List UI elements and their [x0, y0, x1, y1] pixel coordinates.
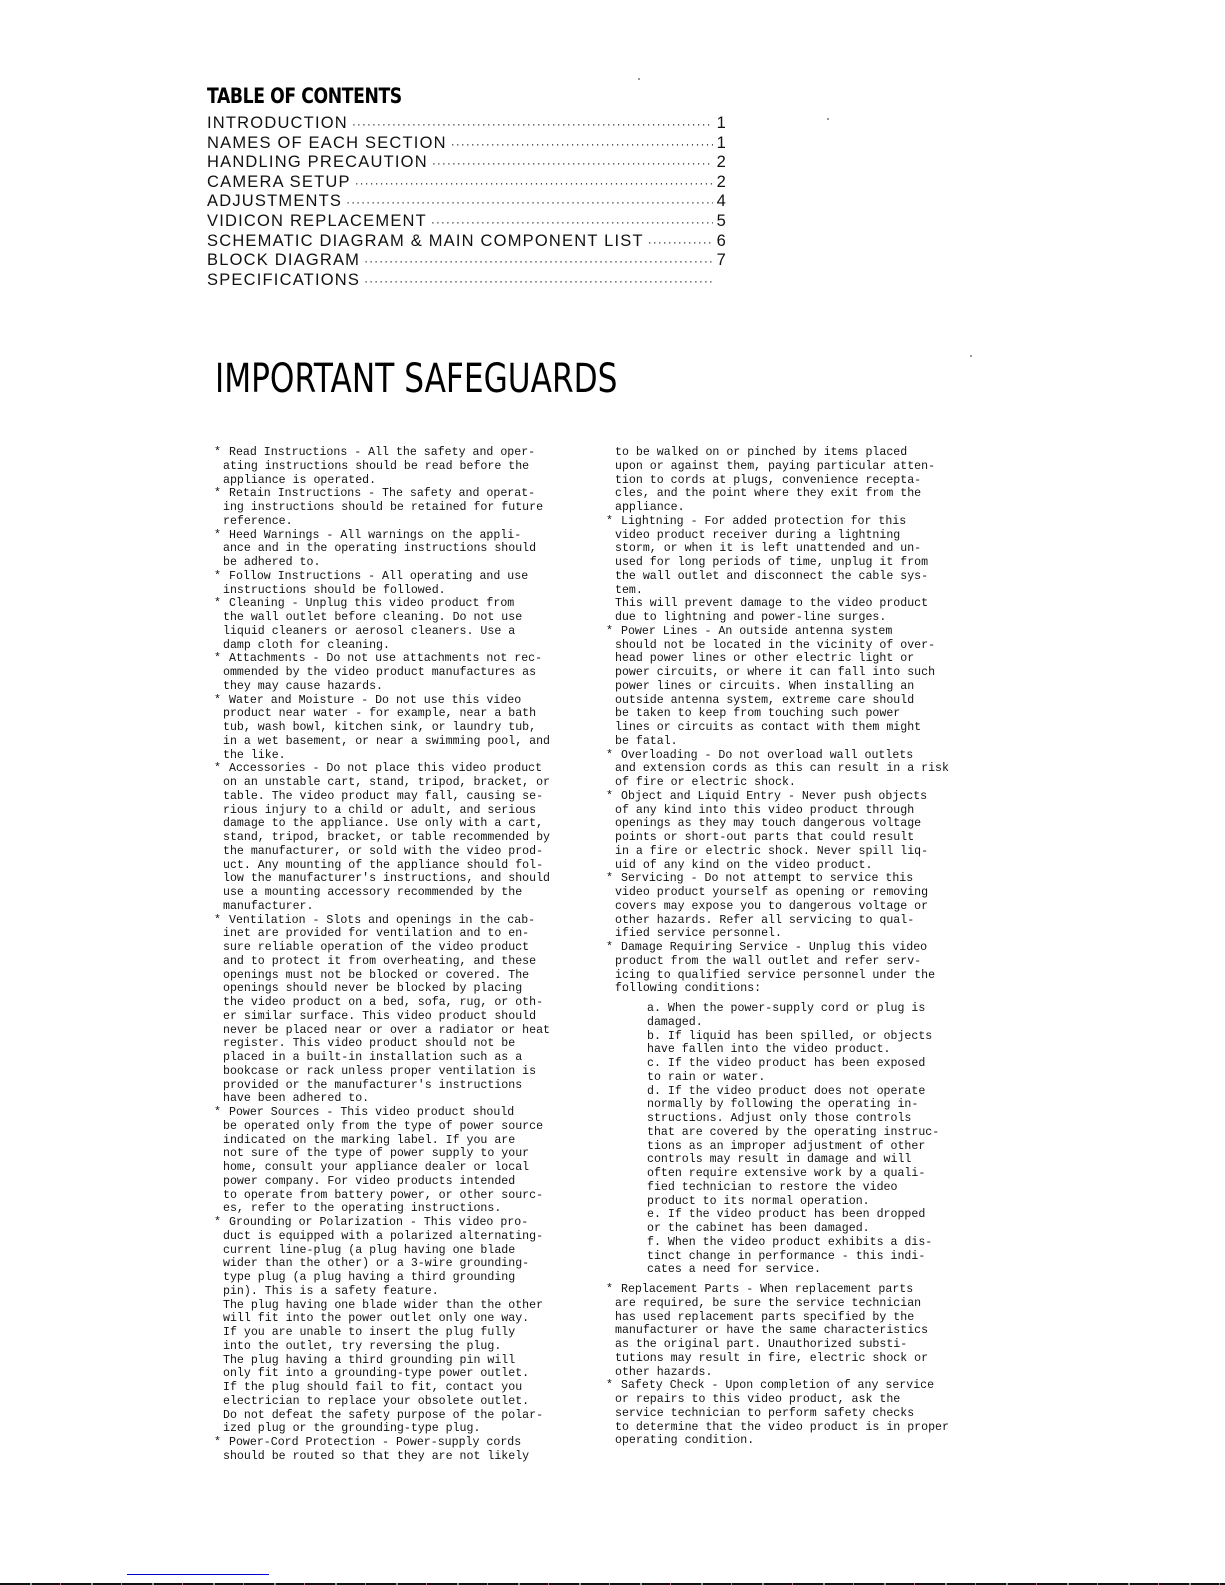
text-line: cles, and the point where they exit from…	[606, 487, 951, 501]
text-line: to determine that the video product is i…	[606, 1421, 951, 1435]
text-line: other hazards. Refer all servicing to qu…	[606, 914, 951, 928]
text-line: sure reliable operation of the video pro…	[214, 941, 554, 955]
text-line: the wall outlet before cleaning. Do not …	[214, 611, 554, 625]
text-line: should be routed so that they are not li…	[214, 1450, 554, 1464]
text-line: tub, wash bowl, kitchen sink, or laundry…	[214, 721, 554, 735]
text-line: uid of any kind on the video product.	[606, 859, 951, 873]
scan-speck	[827, 118, 829, 120]
toc-entry: INTRODUCTION1	[207, 114, 727, 134]
text-line: tinct change in performance - this indi-	[647, 1250, 951, 1264]
toc-entry: SCHEMATIC DIAGRAM & MAIN COMPONENT LIST6	[207, 232, 727, 252]
text-line: This will prevent damage to the video pr…	[606, 597, 951, 611]
safeguard-heading-line: Attachments - Do not use attachments not…	[229, 652, 542, 665]
toc-leader-dots	[432, 154, 713, 174]
text-line: *Damage Requiring Service - Unplug this …	[606, 941, 951, 955]
safeguard-heading-line: Retain Instructions - The safety and ope…	[229, 487, 535, 500]
text-line: video product receiver during a lightnin…	[606, 529, 951, 543]
text-line: ified service personnel.	[606, 927, 951, 941]
text-line: *Servicing - Do not attempt to service t…	[606, 872, 951, 886]
text-line: er similar surface. This video product s…	[214, 1010, 554, 1024]
text-line: in a fire or electric shock. Never spill…	[606, 845, 951, 859]
text-line: openings as they may touch dangerous vol…	[606, 817, 951, 831]
bullet-asterisk-icon: *	[214, 1106, 229, 1120]
bullet-asterisk-icon: *	[214, 529, 229, 543]
toc-entry-page: 5	[713, 212, 727, 232]
safeguard-heading-line: Follow Instructions - All operating and …	[229, 570, 528, 583]
text-line: has used replacement parts specified by …	[606, 1311, 951, 1325]
safeguard-heading-line: Servicing - Do not attempt to service th…	[621, 872, 913, 885]
text-line: c. If the video product has been exposed	[647, 1057, 951, 1071]
text-line: instructions should be followed.	[214, 584, 554, 598]
text-line: indicated on the marking label. If you a…	[214, 1134, 554, 1148]
safeguard-item: *Accessories - Do not place this video p…	[214, 762, 554, 913]
safeguard-heading-line: Read Instructions - All the safety and o…	[229, 446, 535, 459]
bullet-asterisk-icon: *	[214, 1216, 229, 1230]
toc-entry: BLOCK DIAGRAM7	[207, 251, 727, 271]
safeguards-right-column: to be walked on or pinched by items plac…	[606, 446, 951, 1448]
toc-leader-dots	[431, 213, 713, 233]
text-line: manufacturer.	[214, 900, 554, 914]
toc-entry-page: 2	[713, 153, 727, 173]
safeguard-item: *Follow Instructions - All operating and…	[214, 570, 554, 598]
text-line: not sure of the type of power supply to …	[214, 1147, 554, 1161]
text-line: openings must not be blocked or covered.…	[214, 969, 554, 983]
text-line: head power lines or other electric light…	[606, 652, 951, 666]
bullet-asterisk-icon: *	[214, 446, 229, 460]
text-line: openings should never be blocked by plac…	[214, 982, 554, 996]
text-line: be fatal.	[606, 735, 951, 749]
text-line: of fire or electric shock.	[606, 776, 951, 790]
text-line: use a mounting accessory recommended by …	[214, 886, 554, 900]
toc-entry-label: NAMES OF EACH SECTION	[207, 134, 451, 154]
text-line: Do not defeat the safety purpose of the …	[214, 1409, 554, 1423]
text-line: lines or circuits as contact with them m…	[606, 721, 951, 735]
text-line: product to its normal operation.	[647, 1195, 951, 1209]
text-line: appliance.	[606, 501, 951, 515]
toc-leader-dots	[355, 174, 713, 194]
text-line: If you are unable to insert the plug ful…	[214, 1326, 554, 1340]
scan-speck	[970, 355, 972, 357]
safeguard-heading-line: Power-Cord Protection - Power-supply cor…	[229, 1436, 521, 1449]
safeguard-heading-line: Safety Check - Upon completion of any se…	[621, 1379, 934, 1392]
safeguard-heading-line: Replacement Parts - When replacement par…	[621, 1283, 913, 1296]
page-title: IMPORTANT SAFEGUARDS	[215, 356, 617, 402]
continued-text: to be walked on or pinched by items plac…	[606, 446, 951, 515]
document-page: TABLE OF CONTENTS INTRODUCTION1NAMES OF …	[0, 0, 1225, 1585]
text-line: table. The video product may fall, causi…	[214, 790, 554, 804]
safeguard-item: *Servicing - Do not attempt to service t…	[606, 872, 951, 941]
bullet-asterisk-icon: *	[214, 1436, 229, 1450]
text-line: that are covered by the operating instru…	[647, 1126, 951, 1140]
text-line: have fallen into the video product.	[647, 1043, 951, 1057]
text-line: damage to the appliance. Use only with a…	[214, 817, 554, 831]
safeguard-text: c. If the video product has been exposed…	[606, 1057, 951, 1085]
bullet-asterisk-icon: *	[214, 597, 229, 611]
text-line: d. If the video product does not operate	[647, 1085, 951, 1099]
safeguard-item: *Read Instructions - All the safety and …	[214, 446, 554, 487]
text-line: as the original part. Unauthorized subst…	[606, 1338, 951, 1352]
text-line: the like.	[214, 749, 554, 763]
safeguard-item: *Retain Instructions - The safety and op…	[214, 487, 554, 528]
text-line: appliance is operated.	[214, 474, 554, 488]
safeguard-heading-line: Grounding or Polarization - This video p…	[229, 1216, 528, 1229]
text-line: structions. Adjust only those controls	[647, 1112, 951, 1126]
text-line: other hazards.	[606, 1366, 951, 1380]
toc-leader-dots	[451, 135, 713, 155]
text-line: ommended by the video product manufactur…	[214, 666, 554, 680]
text-line: the manufacturer, or sold with the video…	[214, 845, 554, 859]
safeguard-item: *Object and Liquid Entry - Never push ob…	[606, 790, 951, 873]
safeguard-item: *Attachments - Do not use attachments no…	[214, 652, 554, 693]
bullet-asterisk-icon: *	[606, 515, 621, 529]
toc-title: TABLE OF CONTENTS	[207, 84, 633, 108]
text-line: should not be located in the vicinity of…	[606, 639, 951, 653]
table-of-contents: TABLE OF CONTENTS INTRODUCTION1NAMES OF …	[207, 84, 727, 290]
text-line: ance and in the operating instructions s…	[214, 542, 554, 556]
toc-entry-label: INTRODUCTION	[207, 114, 352, 134]
text-line: ing instructions should be retained for …	[214, 501, 554, 515]
safeguard-item: *Ventilation - Slots and openings in the…	[214, 914, 554, 1107]
toc-leader-dots	[346, 193, 713, 213]
text-line: placed in a built-in installation such a…	[214, 1051, 554, 1065]
safeguards-left-column: *Read Instructions - All the safety and …	[214, 446, 554, 1464]
text-line: storm, or when it is left unattended and…	[606, 542, 951, 556]
text-line: electrician to replace your obsolete out…	[214, 1395, 554, 1409]
text-line: have been adhered to.	[214, 1092, 554, 1106]
text-line: *Attachments - Do not use attachments no…	[214, 652, 554, 666]
scan-speck	[638, 78, 640, 80]
text-line: inet are provided for ventilation and to…	[214, 927, 554, 941]
text-line: only fit into a grounding-type power out…	[214, 1367, 554, 1381]
text-line: operating condition.	[606, 1434, 951, 1448]
toc-entry: HANDLING PRECAUTION2	[207, 153, 727, 173]
toc-entry-label: SPECIFICATIONS	[207, 271, 364, 291]
toc-entry-label: ADJUSTMENTS	[207, 192, 346, 212]
link-underline	[127, 1574, 269, 1575]
text-line: *Ventilation - Slots and openings in the…	[214, 914, 554, 928]
text-line: icing to qualified service personnel und…	[606, 969, 951, 983]
text-line: fied technician to restore the video	[647, 1181, 951, 1195]
text-line: duct is equipped with a polarized altern…	[214, 1230, 554, 1244]
toc-entry: ADJUSTMENTS4	[207, 192, 727, 212]
toc-entry: VIDICON REPLACEMENT5	[207, 212, 727, 232]
text-line: power company. For video products intend…	[214, 1175, 554, 1189]
text-line: to be walked on or pinched by items plac…	[606, 446, 951, 460]
text-line: used for long periods of time, unplug it…	[606, 556, 951, 570]
safeguard-item: *Heed Warnings - All warnings on the app…	[214, 529, 554, 570]
text-line: to operate from battery power, or other …	[214, 1189, 554, 1203]
safeguard-item: *Cleaning - Unplug this video product fr…	[214, 597, 554, 652]
text-line: pin). This is a safety feature.	[214, 1285, 554, 1299]
text-line: be taken to keep from touching such powe…	[606, 707, 951, 721]
text-line: outside antenna system, extreme care sho…	[606, 694, 951, 708]
safeguard-item: *Safety Check - Upon completion of any s…	[606, 1379, 951, 1448]
bullet-asterisk-icon: *	[606, 941, 621, 955]
text-line: damp cloth for cleaning.	[214, 639, 554, 653]
toc-entry-page: 1	[713, 134, 727, 154]
text-line: they may cause hazards.	[214, 680, 554, 694]
safeguard-heading-line: Object and Liquid Entry - Never push obj…	[621, 790, 927, 803]
text-line: or repairs to this video product, ask th…	[606, 1393, 951, 1407]
toc-leader-dots	[364, 272, 713, 292]
toc-entry: CAMERA SETUP2	[207, 173, 727, 193]
text-line: tions as an improper adjustment of other	[647, 1140, 951, 1154]
text-line: manufacturer or have the same characteri…	[606, 1324, 951, 1338]
safeguard-item: *Grounding or Polarization - This video …	[214, 1216, 554, 1436]
text-line: service technician to perform safety che…	[606, 1407, 951, 1421]
text-line: *Replacement Parts - When replacement pa…	[606, 1283, 951, 1297]
text-line: often require extensive work by a quali-	[647, 1167, 951, 1181]
safeguard-heading-line: Ventilation - Slots and openings in the …	[229, 914, 535, 927]
bullet-asterisk-icon: *	[606, 749, 621, 763]
safeguard-heading-line: Power Lines - An outside antenna system	[621, 625, 892, 638]
text-line: *Lightning - For added protection for th…	[606, 515, 951, 529]
text-line: liquid cleaners or aerosol cleaners. Use…	[214, 625, 554, 639]
safeguard-heading-line: Water and Moisture - Do not use this vid…	[229, 694, 521, 707]
text-line: cates a need for service.	[647, 1263, 951, 1277]
bullet-asterisk-icon: *	[214, 694, 229, 708]
toc-entry-page: 2	[713, 173, 727, 193]
text-line: on an unstable cart, stand, tripod, brac…	[214, 776, 554, 790]
text-line: a. When the power-supply cord or plug is	[647, 1002, 951, 1016]
text-line: due to lightning and power-line surges.	[606, 611, 951, 625]
safeguard-text: b. If liquid has been spilled, or object…	[606, 1030, 951, 1058]
text-line: into the outlet, try reversing the plug.	[214, 1340, 554, 1354]
text-line: tem.	[606, 584, 951, 598]
safeguard-text: a. When the power-supply cord or plug is…	[606, 1002, 951, 1030]
text-line: power circuits, or where it can fall int…	[606, 666, 951, 680]
text-line: b. If liquid has been spilled, or object…	[647, 1030, 951, 1044]
text-line: If the plug should fail to fit, contact …	[214, 1381, 554, 1395]
text-line: are required, be sure the service techni…	[606, 1297, 951, 1311]
text-line: *Read Instructions - All the safety and …	[214, 446, 554, 460]
text-line: reference.	[214, 515, 554, 529]
text-line: power lines or circuits. When installing…	[606, 680, 951, 694]
safeguard-heading-line: Damage Requiring Service - Unplug this v…	[621, 941, 927, 954]
text-line: es, refer to the operating instructions.	[214, 1202, 554, 1216]
text-line: in a wet basement, or near a swimming po…	[214, 735, 554, 749]
safeguard-item: *Replacement Parts - When replacement pa…	[606, 1283, 951, 1379]
text-line: tion to cords at plugs, convenience rece…	[606, 474, 951, 488]
text-line: The plug having one blade wider than the…	[214, 1299, 554, 1313]
toc-entry-label: CAMERA SETUP	[207, 173, 355, 193]
toc-entry-page: 1	[713, 114, 727, 134]
text-line: *Heed Warnings - All warnings on the app…	[214, 529, 554, 543]
safeguard-item: *Overloading - Do not overload wall outl…	[606, 749, 951, 790]
text-line: ized plug or the grounding-type plug.	[214, 1422, 554, 1436]
safeguard-item: *Power Sources - This video product shou…	[214, 1106, 554, 1216]
text-line: product near water - for example, near a…	[214, 707, 554, 721]
safeguard-item: *Water and Moisture - Do not use this vi…	[214, 694, 554, 763]
text-line: will fit into the power outlet only one …	[214, 1312, 554, 1326]
safeguard-heading-line: Lightning - For added protection for thi…	[621, 515, 906, 528]
text-line: damaged.	[647, 1016, 951, 1030]
toc-entry: NAMES OF EACH SECTION1	[207, 134, 727, 154]
text-line: and extension cords as this can result i…	[606, 762, 951, 776]
text-line: ating instructions should be read before…	[214, 460, 554, 474]
text-line: uct. Any mounting of the appliance shoul…	[214, 859, 554, 873]
safeguard-text: e. If the video product has been dropped…	[606, 1208, 951, 1236]
toc-entry-label: BLOCK DIAGRAM	[207, 251, 364, 271]
text-line: *Grounding or Polarization - This video …	[214, 1216, 554, 1230]
safeguard-heading-line: Heed Warnings - All warnings on the appl…	[229, 529, 521, 542]
toc-leader-dots	[352, 115, 713, 135]
toc-leader-dots	[364, 252, 713, 272]
text-line: *Cleaning - Unplug this video product fr…	[214, 597, 554, 611]
text-line: *Object and Liquid Entry - Never push ob…	[606, 790, 951, 804]
text-line: be operated only from the type of power …	[214, 1120, 554, 1134]
safeguard-text: d. If the video product does not operate…	[606, 1085, 951, 1209]
text-line: points or short-out parts that could res…	[606, 831, 951, 845]
text-line: product from the wall outlet and refer s…	[606, 955, 951, 969]
text-line: *Power Sources - This video product shou…	[214, 1106, 554, 1120]
text-line: rious injury to a child or adult, and se…	[214, 804, 554, 818]
safeguard-heading-line: Accessories - Do not place this video pr…	[229, 762, 542, 775]
text-line: *Power-Cord Protection - Power-supply co…	[214, 1436, 554, 1450]
text-line: current line-plug (a plug having one bla…	[214, 1244, 554, 1258]
text-line: following conditions:	[606, 982, 951, 996]
text-line: *Accessories - Do not place this video p…	[214, 762, 554, 776]
toc-list: INTRODUCTION1NAMES OF EACH SECTION1HANDL…	[207, 114, 727, 290]
text-line: video product yourself as opening or rem…	[606, 886, 951, 900]
safeguard-heading-line: Overloading - Do not overload wall outle…	[621, 749, 913, 762]
text-line: *Water and Moisture - Do not use this vi…	[214, 694, 554, 708]
text-line: provided or the manufacturer's instructi…	[214, 1079, 554, 1093]
text-line: the video product on a bed, sofa, rug, o…	[214, 996, 554, 1010]
text-line: upon or against them, paying particular …	[606, 460, 951, 474]
text-line: normally by following the operating in-	[647, 1098, 951, 1112]
toc-entry-page: 4	[713, 192, 727, 212]
bullet-asterisk-icon: *	[606, 1283, 621, 1297]
safeguard-heading-line: Power Sources - This video product shoul…	[229, 1106, 514, 1119]
text-line: *Power Lines - An outside antenna system	[606, 625, 951, 639]
text-line: to rain or water.	[647, 1071, 951, 1085]
toc-leader-dots	[648, 233, 713, 253]
text-line: controls may result in damage and will	[647, 1153, 951, 1167]
toc-entry-label: VIDICON REPLACEMENT	[207, 212, 431, 232]
bullet-asterisk-icon: *	[606, 872, 621, 886]
safeguard-item: *Damage Requiring Service - Unplug this …	[606, 941, 951, 996]
text-line: never be placed near or over a radiator …	[214, 1024, 554, 1038]
safeguard-item: *Lightning - For added protection for th…	[606, 515, 951, 625]
text-line: wider than the other) or a 3-wire ground…	[214, 1257, 554, 1271]
text-line: The plug having a third grounding pin wi…	[214, 1354, 554, 1368]
text-line: *Overloading - Do not overload wall outl…	[606, 749, 951, 763]
safeguard-item: *Power Lines - An outside antenna system…	[606, 625, 951, 749]
toc-entry-page: 6	[713, 232, 727, 252]
text-line: of any kind into this video product thro…	[606, 804, 951, 818]
text-line: *Safety Check - Upon completion of any s…	[606, 1379, 951, 1393]
bullet-asterisk-icon: *	[214, 762, 229, 776]
bullet-asterisk-icon: *	[606, 790, 621, 804]
toc-entry-label: SCHEMATIC DIAGRAM & MAIN COMPONENT LIST	[207, 232, 648, 252]
bullet-asterisk-icon: *	[606, 625, 621, 639]
safeguard-text: f. When the video product exhibits a dis…	[606, 1236, 951, 1277]
bullet-asterisk-icon: *	[606, 1379, 621, 1393]
text-line: be adhered to.	[214, 556, 554, 570]
toc-entry-page: 7	[713, 251, 727, 271]
safeguard-heading-line: Cleaning - Unplug this video product fro…	[229, 597, 514, 610]
bullet-asterisk-icon: *	[214, 914, 229, 928]
text-line: type plug (a plug having a third groundi…	[214, 1271, 554, 1285]
toc-entry: SPECIFICATIONS	[207, 271, 727, 291]
text-line: f. When the video product exhibits a dis…	[647, 1236, 951, 1250]
toc-entry-label: HANDLING PRECAUTION	[207, 153, 432, 173]
safeguard-item: *Power-Cord Protection - Power-supply co…	[214, 1436, 554, 1464]
text-line: and to protect it from overheating, and …	[214, 955, 554, 969]
text-line: register. This video product should not …	[214, 1037, 554, 1051]
text-line: tutions may result in fire, electric sho…	[606, 1352, 951, 1366]
bullet-asterisk-icon: *	[214, 652, 229, 666]
text-line: *Follow Instructions - All operating and…	[214, 570, 554, 584]
text-line: low the manufacturer's instructions, and…	[214, 872, 554, 886]
text-line: stand, tripod, bracket, or table recomme…	[214, 831, 554, 845]
text-line: or the cabinet has been damaged.	[647, 1222, 951, 1236]
text-line: e. If the video product has been dropped	[647, 1208, 951, 1222]
text-line: the wall outlet and disconnect the cable…	[606, 570, 951, 584]
text-line: home, consult your appliance dealer or l…	[214, 1161, 554, 1175]
text-line: bookcase or rack unless proper ventilati…	[214, 1065, 554, 1079]
text-line: *Retain Instructions - The safety and op…	[214, 487, 554, 501]
text-line: covers may expose you to dangerous volta…	[606, 900, 951, 914]
bullet-asterisk-icon: *	[214, 570, 229, 584]
bullet-asterisk-icon: *	[214, 487, 229, 501]
